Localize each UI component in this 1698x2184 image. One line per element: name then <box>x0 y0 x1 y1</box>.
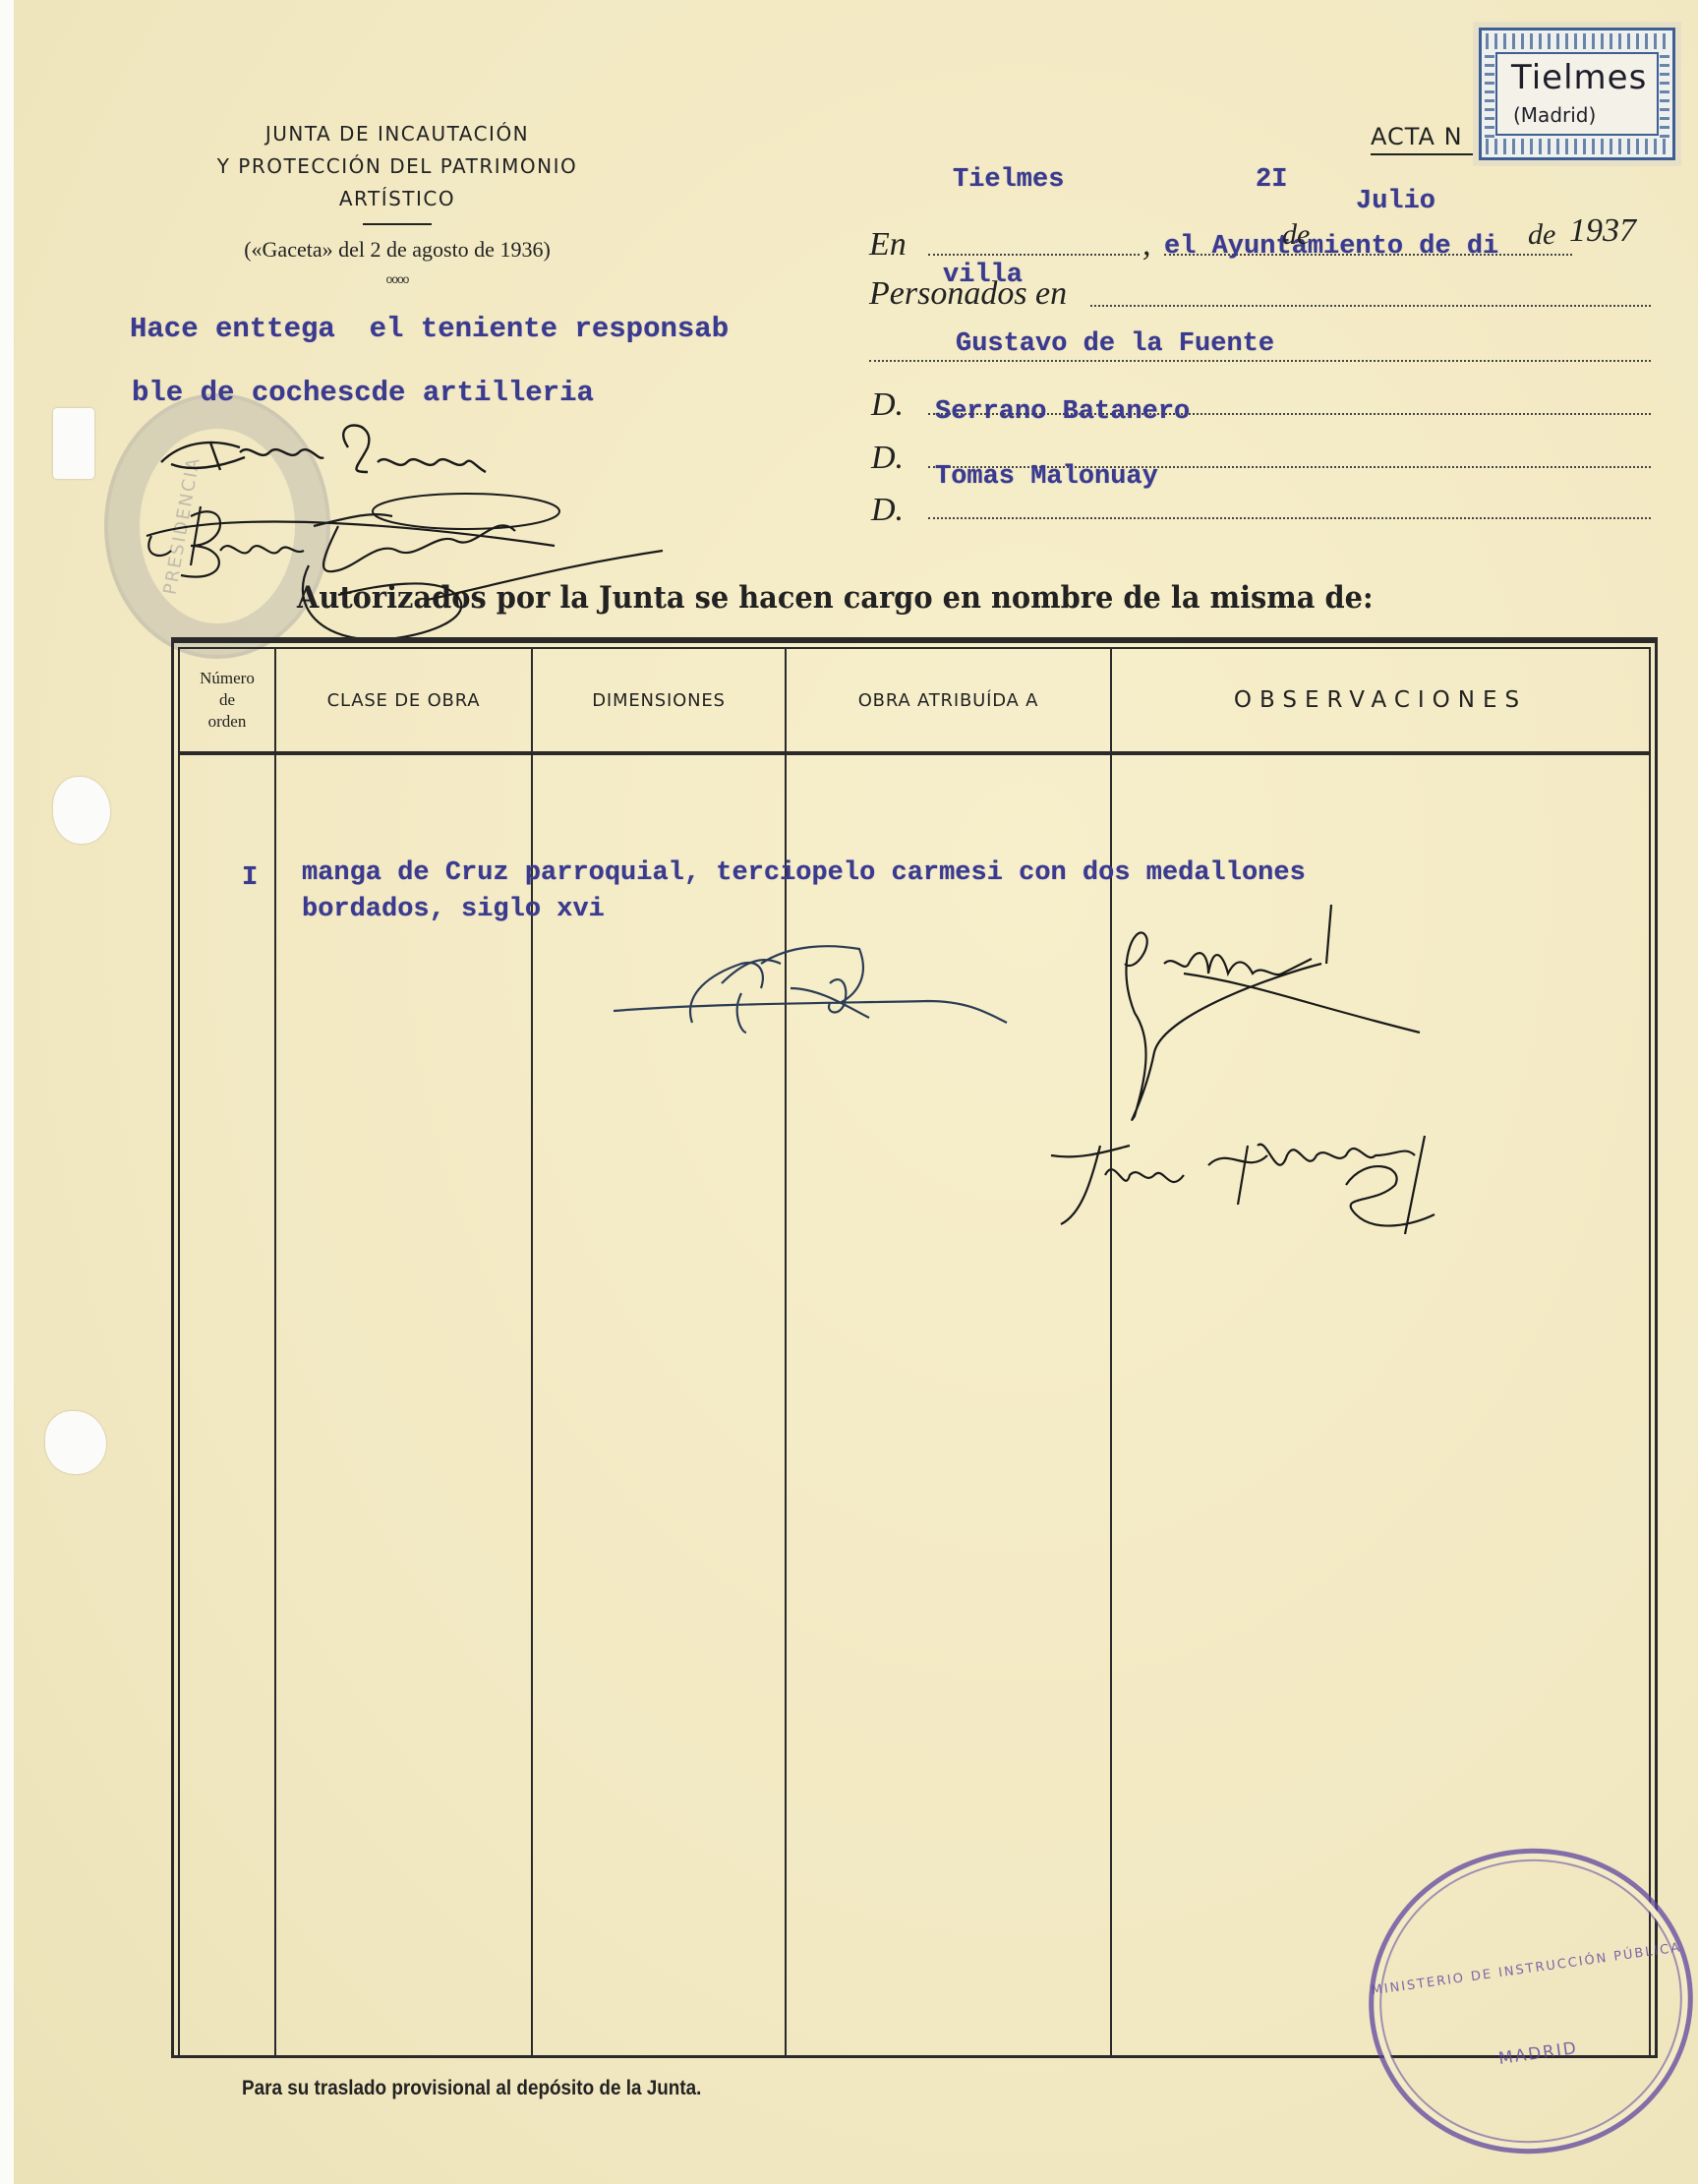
comma: , <box>1142 226 1151 264</box>
attendee-name-1: Serrano Batanero <box>935 397 1190 427</box>
typed-place: Tielmes <box>953 165 1064 195</box>
attendee-name-2: Tomas Malonuay <box>935 462 1158 492</box>
typed-day: 2I <box>1256 165 1287 195</box>
de-label-2: de <box>1528 218 1555 252</box>
row-number: I <box>242 863 258 893</box>
punch-hole <box>45 1411 106 1474</box>
column-header-observaciones: OBSERVACIONES <box>1112 649 1649 751</box>
row-description-line1: manga de Cruz parroquial, terciopelo car… <box>302 858 1306 888</box>
signature-firma-1 <box>1105 905 1498 1131</box>
acta-number-label: ACTA N <box>1371 123 1463 150</box>
sticker-border-pattern <box>1660 50 1669 138</box>
column-header-atribuida: OBRA ATRIBUÍDA A <box>787 649 1110 751</box>
delivery-note-line1: Hace enttega el teniente responsab <box>130 313 729 345</box>
acta-underline <box>1371 153 1479 155</box>
sticker-region: (Madrid) <box>1513 103 1596 127</box>
personados-line-2 <box>869 360 1651 362</box>
attendee-prefix: D. <box>871 440 904 477</box>
personados-label: Personados en <box>869 275 1067 313</box>
column-header-clase: CLASE DE OBRA <box>276 649 531 751</box>
signature-rubrica <box>594 934 1046 1042</box>
en-label: En <box>869 226 907 264</box>
org-name-line1: JUNTA DE INCAUTACIÓN <box>161 118 633 150</box>
attendee-line-3 <box>928 517 1651 519</box>
org-name-line2: Y PROTECCIÓN DEL PATRIMONIO <box>161 150 633 183</box>
location-sticker: Tielmes (Madrid) <box>1479 28 1675 160</box>
sticker-border-pattern <box>1486 139 1669 154</box>
column-divider <box>274 649 276 2058</box>
signature-thomas-malonuay <box>1051 1116 1641 1254</box>
footer-note: Para su traslado provisional al depósito… <box>242 2077 701 2100</box>
inventory-table: Número de orden CLASE DE OBRA DIMENSIONE… <box>171 637 1658 2058</box>
attendee-prefix: D. <box>871 386 904 424</box>
row-description-line2: bordados, siglo xvi <box>302 895 605 924</box>
gazette-reference: («Gaceta» del 2 de agosto de 1936) <box>161 237 633 263</box>
punch-hole <box>53 408 94 479</box>
de-label: de <box>1282 218 1310 252</box>
document-page: PRESIDENCIA JUNTA DE INCAUTACIÓN Y PROTE… <box>14 0 1698 2184</box>
sticker-inner: Tielmes (Madrid) <box>1495 52 1659 136</box>
org-name-line3: ARTÍSTICO <box>161 183 633 215</box>
delivery-note-line2: ble de cochescde artilleria <box>132 377 594 409</box>
personados-dotted-line <box>1090 305 1651 307</box>
sticker-border-pattern <box>1486 33 1669 49</box>
column-header-numero: Número de orden <box>180 649 274 751</box>
typed-month: Julio <box>1356 187 1435 216</box>
attendee-prefix: D. <box>871 492 904 529</box>
seal-text: MINISTERIO DE INSTRUCCIÓN PÚBLICA MADRID <box>1369 1935 1695 2088</box>
sticker-border-pattern <box>1485 50 1494 138</box>
sticker-town: Tielmes <box>1511 58 1647 97</box>
header-separator <box>180 751 1649 755</box>
org-header: JUNTA DE INCAUTACIÓN Y PROTECCIÓN DEL PA… <box>161 118 633 286</box>
punch-hole <box>53 777 110 844</box>
year: 1937 <box>1569 212 1636 250</box>
ornament: oooo <box>161 272 633 286</box>
column-header-dimensiones: DIMENSIONES <box>533 649 785 751</box>
typed-personados: Gustavo de la Fuente <box>956 329 1274 359</box>
place-dotted-line <box>928 254 1140 256</box>
signature-francisco-canizares <box>151 423 505 492</box>
typed-overstrike: el Ayuntamiento de di <box>1164 232 1498 262</box>
header-rule <box>363 223 432 225</box>
